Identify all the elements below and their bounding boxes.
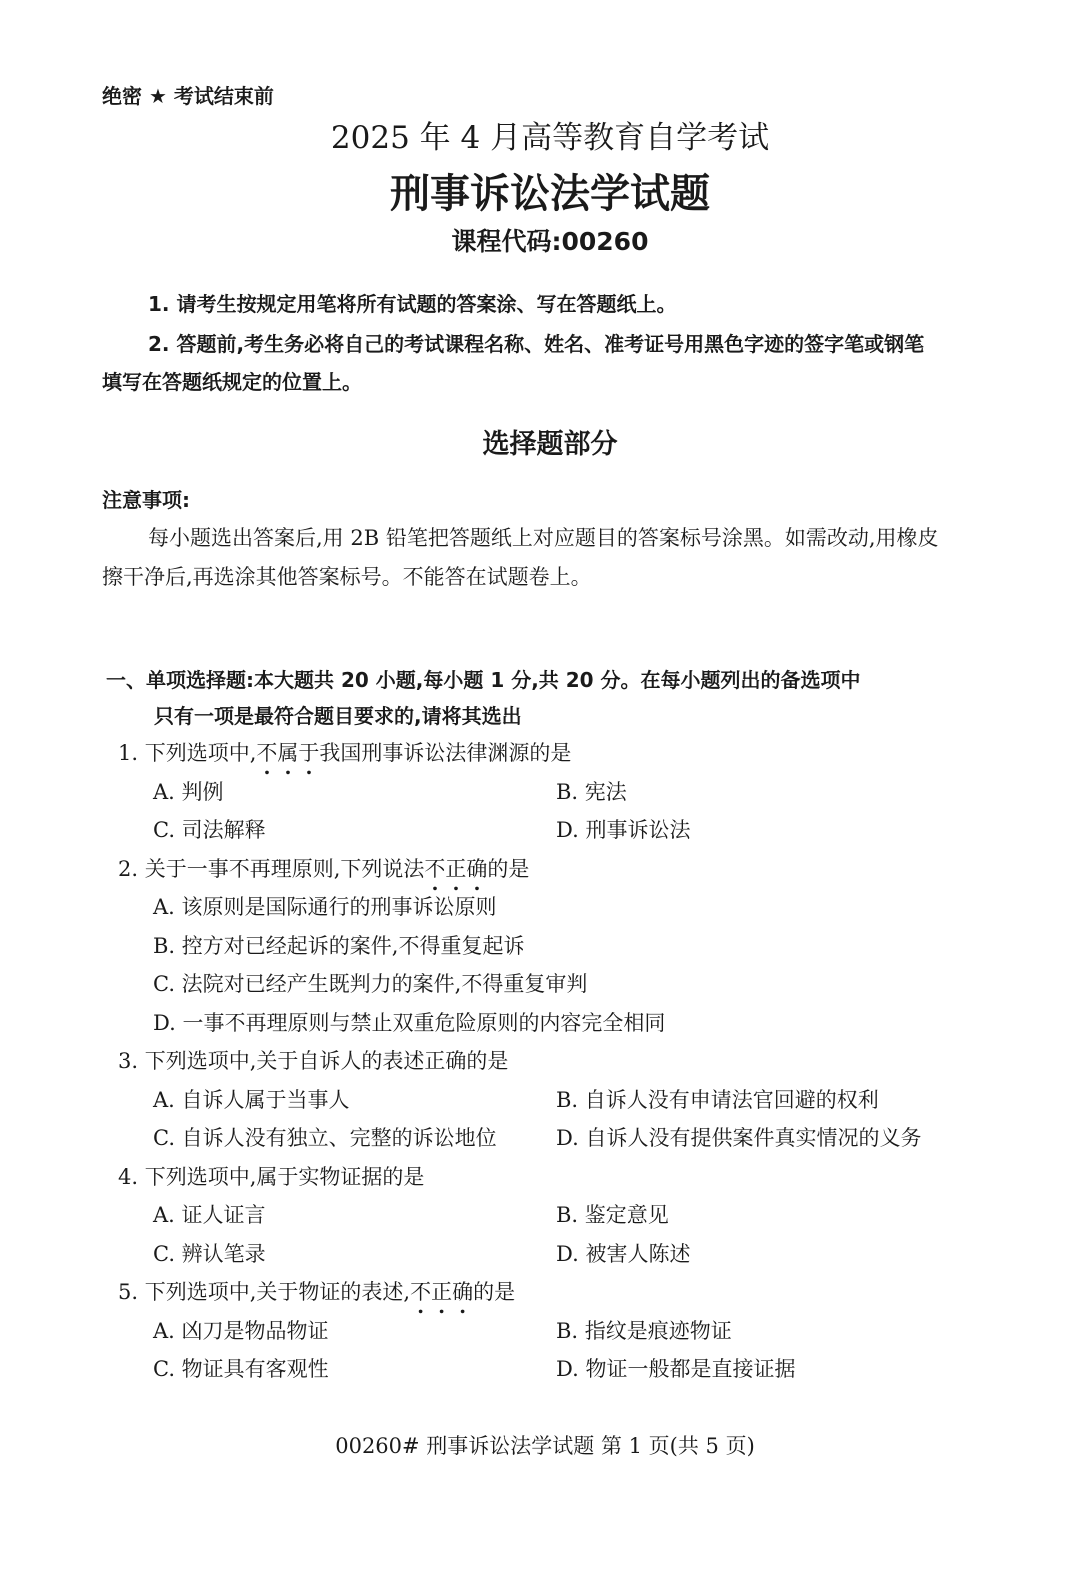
question-2-option-a: A. 该原则是国际通行的刑事诉讼原则	[153, 891, 497, 921]
subject-title: 刑事诉讼法学试题	[0, 162, 1080, 219]
instruction-1: 1. 请考生按规定用笔将所有试题的答案涂、写在答题纸上。	[148, 288, 676, 317]
stem-text: 下列选项中,属于实物证据的是	[145, 1165, 425, 1189]
question-5-option-c: C. 物证具有客观性	[153, 1353, 329, 1383]
question-3-option-c: C. 自诉人没有独立、完整的诉讼地位	[153, 1122, 497, 1152]
question-number: 4.	[118, 1165, 138, 1189]
instruction-2-continued: 填写在答题纸规定的位置上。	[102, 366, 362, 395]
emphasis-char: 正	[431, 1280, 452, 1304]
emphasis-char: 不	[424, 857, 445, 881]
emphasis-char: 确	[466, 857, 487, 881]
question-4-option-d: D. 被害人陈述	[556, 1238, 690, 1268]
question-5-option-d: D. 物证一般都是直接证据	[556, 1353, 795, 1383]
stem-text: 的是	[473, 1280, 515, 1304]
question-4-option-c: C. 辨认笔录	[153, 1238, 266, 1268]
part-heading-continued: 只有一项是最符合题目要求的,请将其选出	[154, 700, 522, 729]
stem-text: 我国刑事诉讼法律渊源的是	[319, 741, 571, 765]
emphasis-char: 属	[277, 741, 298, 765]
question-5-option-b: B. 指纹是痕迹物证	[556, 1315, 732, 1345]
question-1-option-b: B. 宪法	[556, 776, 627, 806]
question-5-option-a: A. 凶刀是物品物证	[153, 1315, 329, 1345]
emphasis-char: 不	[410, 1280, 431, 1304]
question-4-option-a: A. 证人证言	[153, 1199, 266, 1229]
question-3-option-d: D. 自诉人没有提供案件真实情况的义务	[556, 1122, 921, 1152]
question-3-option-b: B. 自诉人没有申请法官回避的权利	[556, 1084, 879, 1114]
question-3-stem: 3. 下列选项中,关于自诉人的表述正确的是	[118, 1045, 508, 1075]
stem-text: 的是	[487, 857, 529, 881]
question-number: 5.	[118, 1280, 138, 1304]
question-2-stem: 2. 关于一事不再理原则,下列说法不正确的是	[118, 853, 529, 883]
question-3-option-a: A. 自诉人属于当事人	[153, 1084, 350, 1114]
question-4-option-b: B. 鉴定意见	[556, 1199, 669, 1229]
course-code: 课程代码:00260	[0, 222, 1080, 258]
emphasis-char: 于	[298, 741, 319, 765]
emphasis-char: 正	[445, 857, 466, 881]
question-number: 1.	[118, 741, 138, 765]
question-number: 3.	[118, 1049, 138, 1073]
exam-title: 2025 年 4 月高等教育自学考试	[0, 112, 1080, 157]
notice-line-2: 擦干净后,再选涂其他答案标号。不能答在试题卷上。	[102, 561, 592, 591]
question-1-option-a: A. 判例	[153, 776, 224, 806]
emphasis-char: 不	[256, 741, 277, 765]
emphasis-char: 确	[452, 1280, 473, 1304]
notice-line-1: 每小题选出答案后,用 2B 铅笔把答题纸上对应题目的答案标号涂黑。如需改动,用橡…	[148, 522, 939, 552]
question-2-option-d: D. 一事不再理原则与禁止双重危险原则的内容完全相同	[153, 1007, 665, 1037]
instruction-2: 2. 答题前,考生务必将自己的考试课程名称、姓名、准考证号用黑色字迹的签字笔或钢…	[148, 328, 924, 357]
question-5-stem: 5. 下列选项中,关于物证的表述,不正确的是	[118, 1276, 515, 1306]
stem-text: 下列选项中,关于自诉人的表述正确的是	[145, 1049, 509, 1073]
question-4-stem: 4. 下列选项中,属于实物证据的是	[118, 1161, 424, 1191]
question-1-stem: 1. 下列选项中,不属于我国刑事诉讼法律渊源的是	[118, 737, 571, 767]
question-2-option-c: C. 法院对已经产生既判力的案件,不得重复审判	[153, 968, 587, 998]
stem-text: 下列选项中,关于物证的表述,	[145, 1280, 410, 1304]
question-1-option-d: D. 刑事诉讼法	[556, 814, 690, 844]
part-heading: 一、单项选择题:本大题共 20 小题,每小题 1 分,共 20 分。在每小题列出…	[106, 664, 861, 693]
confidential-mark: 绝密 ★ 考试结束前	[102, 80, 274, 109]
question-number: 2.	[118, 857, 138, 881]
stem-text: 下列选项中,	[145, 741, 257, 765]
question-2-option-b: B. 控方对已经起诉的案件,不得重复起诉	[153, 930, 524, 960]
stem-text: 关于一事不再理原则,下列说法	[145, 857, 425, 881]
page-footer: 00260# 刑事诉讼法学试题 第 1 页(共 5 页)	[0, 1430, 1080, 1460]
question-1-option-c: C. 司法解释	[153, 814, 266, 844]
notice-label: 注意事项:	[102, 484, 190, 513]
section-title: 选择题部分	[0, 422, 1080, 461]
